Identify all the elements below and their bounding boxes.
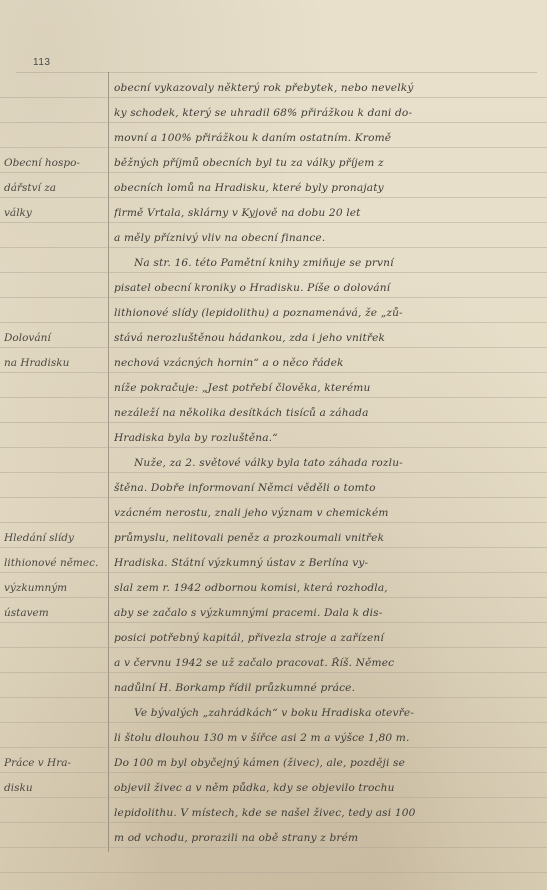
handwritten-text-line: m od vchodu, prorazili na obě strany z b… [114,832,533,844]
ruled-line: obecní vykazovaly některý rok přebytek, … [0,73,547,98]
handwritten-text-line: průmyslu, nelitovali peněz a prozkoumali… [114,532,533,544]
ruled-line [0,848,547,873]
handwritten-text-line: lepidolithu. V místech, kde se našel živ… [114,807,533,819]
handwritten-text-line: Ve bývalých „zahrádkách“ v boku Hradiska… [134,707,533,719]
ruled-line: nezáleží na několika desítkách tisíců a … [0,398,547,423]
handwritten-text-line: běžných příjmů obecních byl tu za války … [114,157,533,169]
ruled-line: Práce v Hra-Do 100 m byl obyčejný kámen … [0,748,547,773]
ruled-line: lithionové němec.Hradiska. Státní výzkum… [0,548,547,573]
ruled-line: válkyfirmě Vrtala, sklárny v Kyjově na d… [0,198,547,223]
margin-heading: Dolování [4,332,106,344]
ruled-line: Na str. 16. této Pamětní knihy zmiňuje s… [0,248,547,273]
handwritten-text-line: obecních lomů na Hradisku, které byly pr… [114,182,533,194]
handwritten-text-line: ky schodek, který se uhradil 68% přirážk… [114,107,533,119]
ruled-line: výzkumnýmslal zem r. 1942 odbornou komis… [0,573,547,598]
ruled-line: Hradiska byla by rozluštěna.“ [0,423,547,448]
handwritten-text-line: Hradiska byla by rozluštěna.“ [114,432,533,444]
handwritten-text-line: pisatel obecní kroniky o Hradisku. Píše … [114,282,533,294]
handwritten-text-line: a měly příznivý vliv na obecní finance. [114,232,533,244]
handwritten-text-line: aby se začalo s výzkumnými pracemi. Dala… [114,607,533,619]
ruled-line: štěna. Dobře informovaní Němci věděli o … [0,473,547,498]
handwritten-text-line: stává nerozluštěnou hádankou, zda i jeho… [114,332,533,344]
margin-heading: na Hradisku [4,357,106,369]
ruled-line: m od vchodu, prorazili na obě strany z b… [0,823,547,848]
handwritten-text-line: Nuže, za 2. světové války byla tato záha… [134,457,533,469]
margin-heading: lithionové němec. [4,557,106,569]
handwritten-text-line: nezáleží na několika desítkách tisíců a … [114,407,533,419]
ruled-line: lepidolithu. V místech, kde se našel živ… [0,798,547,823]
chronicle-page: 113 obecní vykazovaly některý rok přebyt… [0,0,547,890]
ruled-line: na Hradiskunechová vzácných hornin“ a o … [0,348,547,373]
ruled-line: pisatel obecní kroniky o Hradisku. Píše … [0,273,547,298]
ruled-line: ky schodek, který se uhradil 68% přirážk… [0,98,547,123]
handwritten-text-line: obecní vykazovaly některý rok přebytek, … [114,82,533,94]
ruled-line: li štolu dlouhou 130 m v šířce asi 2 m a… [0,723,547,748]
handwritten-text-line: a v červnu 1942 se už začalo pracovat. Ř… [114,657,533,669]
handwritten-text-line: Na str. 16. této Pamětní knihy zmiňuje s… [134,257,533,269]
margin-heading: disku [4,782,106,794]
margin-heading: Práce v Hra- [4,757,106,769]
handwritten-text-line: slal zem r. 1942 odbornou komisi, která … [114,582,533,594]
page-number: 113 [33,57,50,68]
handwritten-text-line: štěna. Dobře informovaní Němci věděli o … [114,482,533,494]
margin-heading: Obecní hospo- [4,157,106,169]
ruled-line: nadůlní H. Borkamp řídil průzkumné práce… [0,673,547,698]
ruled-line: Dolovánístává nerozluštěnou hádankou, zd… [0,323,547,348]
handwritten-text-line: Do 100 m byl obyčejný kámen (živec), ale… [114,757,533,769]
ruled-line: lithionové slídy (lepidolithu) a pozname… [0,298,547,323]
handwritten-text-line: movní a 100% přirážkou k daním ostatním.… [114,132,533,144]
margin-heading: Hledání slídy [4,532,106,544]
handwritten-text-line: vzácném nerostu, znali jeho význam v che… [114,507,533,519]
handwritten-text-line: li štolu dlouhou 130 m v šířce asi 2 m a… [114,732,533,744]
ruled-line: vzácném nerostu, znali jeho význam v che… [0,498,547,523]
handwritten-text-line: nadůlní H. Borkamp řídil průzkumné práce… [114,682,533,694]
handwritten-text-line: nechová vzácných hornin“ a o něco řádek [114,357,533,369]
ruled-line: ústavemaby se začalo s výzkumnými pracem… [0,598,547,623]
ruled-line: a v červnu 1942 se už začalo pracovat. Ř… [0,648,547,673]
margin-heading: války [4,207,106,219]
ruled-line: Ve bývalých „zahrádkách“ v boku Hradiska… [0,698,547,723]
ruled-line: Obecní hospo-běžných příjmů obecních byl… [0,148,547,173]
ruled-line: movní a 100% přirážkou k daním ostatním.… [0,123,547,148]
ruled-line: posici potřebný kapitál, přivezla stroje… [0,623,547,648]
ruled-line: dářství zaobecních lomů na Hradisku, kte… [0,173,547,198]
ruled-line: a měly příznivý vliv na obecní finance. [0,223,547,248]
margin-heading: ústavem [4,607,106,619]
ruled-line: diskuobjevil živec a v něm půdka, kdy se… [0,773,547,798]
handwritten-text-line: Hradiska. Státní výzkumný ústav z Berlín… [114,557,533,569]
margin-heading: výzkumným [4,582,106,594]
handwritten-text-line: posici potřebný kapitál, přivezla stroje… [114,632,533,644]
ruled-line: Hledání slídyprůmyslu, nelitovali peněz … [0,523,547,548]
ruled-line: níže pokračuje: „Jest potřebí člověka, k… [0,373,547,398]
ruled-line: Nuže, za 2. světové války byla tato záha… [0,448,547,473]
margin-heading: dářství za [4,182,106,194]
handwritten-text-line: firmě Vrtala, sklárny v Kyjově na dobu 2… [114,207,533,219]
handwritten-text-line: lithionové slídy (lepidolithu) a pozname… [114,307,533,319]
handwritten-text-line: objevil živec a v něm půdka, kdy se obje… [114,782,533,794]
handwritten-text-line: níže pokračuje: „Jest potřebí člověka, k… [114,382,533,394]
